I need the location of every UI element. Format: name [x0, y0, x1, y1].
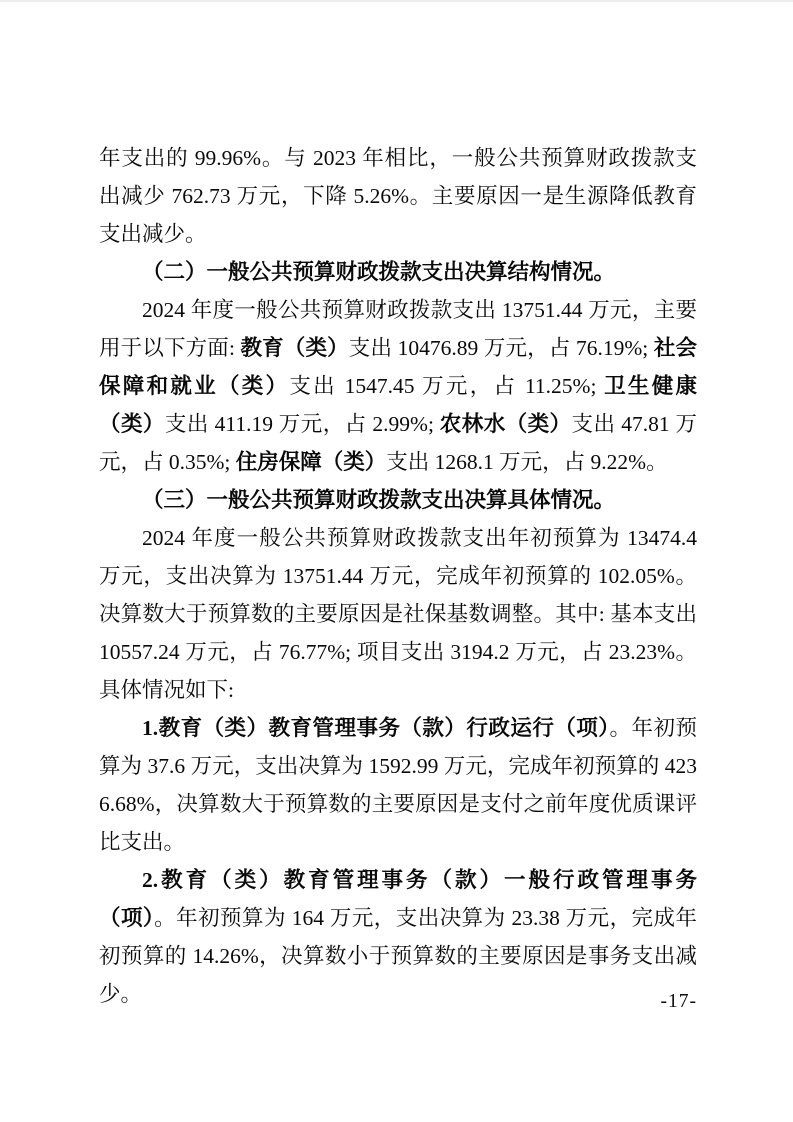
bold-text-run: 农林水（类） — [440, 412, 572, 436]
bold-text-run: 住房保障（类） — [236, 450, 387, 474]
para-year-comparison: 年支出的 99.96%。与 2023 年相比，一般公共预算财政拨款支出减少 76… — [99, 139, 697, 253]
bold-text-run: （三）一般公共预算财政拨款支出决算具体情况。 — [142, 488, 615, 512]
para-item-1: 1.教育（类）教育管理事务（款）行政运行（项）。年初预算为 37.6 万元，支出… — [99, 709, 697, 861]
document-page: 年支出的 99.96%。与 2023 年相比，一般公共预算财政拨款支出减少 76… — [0, 0, 793, 1122]
text-run: 。年初预算为 164 万元，支出决算为 23.38 万元，完成年初预算的 14.… — [99, 906, 697, 1006]
heading-section-two: （二）一般公共预算财政拨款支出决算结构情况。 — [99, 253, 697, 291]
text-run: 支出 10476.89 万元，占 76.19%; — [349, 336, 654, 360]
text-run: 2024 年度一般公共预算财政拨款支出年初预算为 13474.4 万元，支出决算… — [99, 526, 697, 702]
para-expenditure-structure: 2024 年度一般公共预算财政拨款支出 13751.44 万元，主要用于以下方面… — [99, 291, 697, 481]
para-overall-budget: 2024 年度一般公共预算财政拨款支出年初预算为 13474.4 万元，支出决算… — [99, 519, 697, 709]
text-run: 支出 1268.1 万元，占 9.22%。 — [386, 450, 667, 474]
bold-text-run: 教育（类） — [240, 336, 348, 360]
heading-section-three: （三）一般公共预算财政拨款支出决算具体情况。 — [99, 481, 697, 519]
document-body: 年支出的 99.96%。与 2023 年相比，一般公共预算财政拨款支出减少 76… — [99, 139, 697, 1013]
text-run: 年支出的 99.96%。与 2023 年相比，一般公共预算财政拨款支出减少 76… — [99, 146, 697, 246]
text-run: 支出 411.19 万元，占 2.99%; — [165, 412, 440, 436]
bold-text-run: 1.教育（类）教育管理事务（款）行政运行（项） — [142, 716, 610, 740]
page-number: -17- — [661, 990, 698, 1014]
text-run: 支出 1547.45 万元，占 11.25%; — [289, 374, 604, 398]
para-item-2: 2.教育（类）教育管理事务（款）一般行政管理事务（项）。年初预算为 164 万元… — [99, 861, 697, 1013]
bold-text-run: （二）一般公共预算财政拨款支出决算结构情况。 — [142, 260, 615, 284]
